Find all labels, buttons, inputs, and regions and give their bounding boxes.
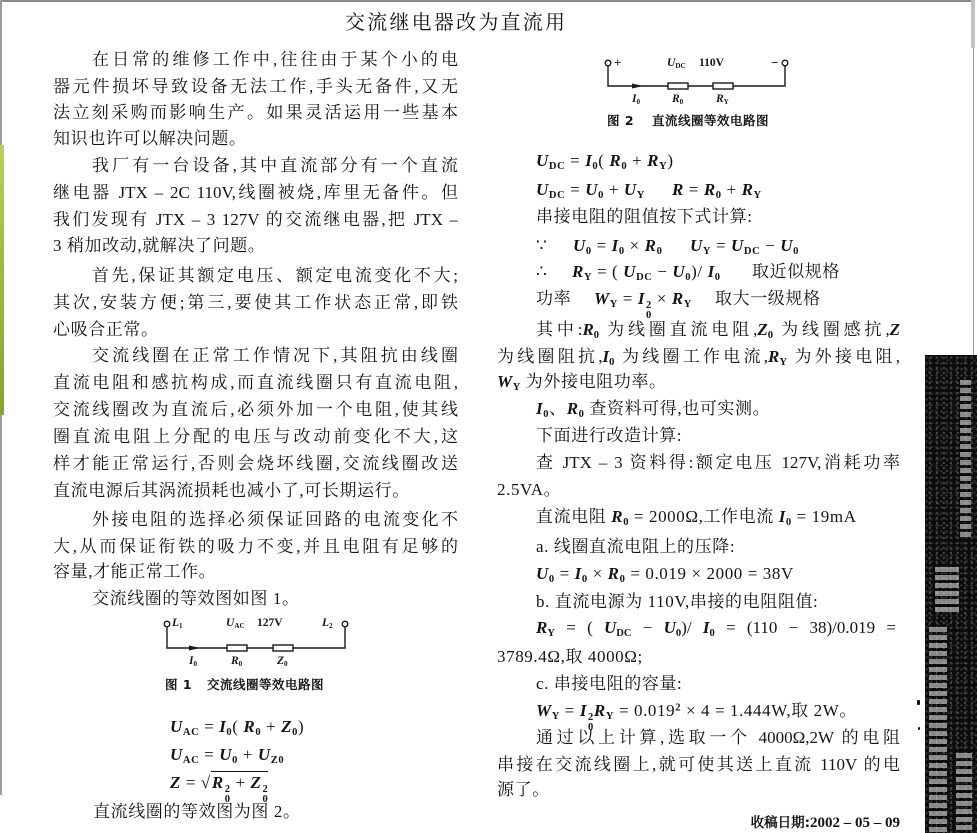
fig2-resistor-label: R0 xyxy=(672,92,683,106)
step-b-heading: b. 直流电源为 110V,串接的电阻阻值: xyxy=(536,592,818,612)
text-line: 心吸合正常。 xyxy=(53,320,159,340)
illegible-margin-text xyxy=(929,627,947,833)
fig1-source-label: UAC xyxy=(226,616,245,630)
fig2-terminal-negative-icon xyxy=(782,60,788,66)
formula-z-radicand: R20 + Z20 xyxy=(211,771,269,792)
formula-uac-sum: UAC = U0 + UZ0 xyxy=(170,745,284,765)
viewer-left-accent-bar xyxy=(0,145,4,415)
step-b-result: 3789.4Ω,取 4000Ω; xyxy=(497,647,643,667)
formula-impedance: Z = √R20 + Z20 xyxy=(170,773,268,793)
text-line: 大,从而保证衔铁的吸力不变,并且电阻有足够的 xyxy=(53,537,458,557)
text-line: 我们发现有 JTX – 3 127V 的交流继电器,把 JTX – xyxy=(53,210,458,230)
text-line: 直流电阻 R0 = 2000Ω,工作电流 I0 = 19mA xyxy=(536,507,857,527)
fig2-voltage-label: 110V xyxy=(699,56,724,70)
step-a-formula: U0 = I0 × R0 = 0.019 × 2000 = 38V xyxy=(536,564,794,584)
text-line: 直流电源后其涡流损耗也减小了,可长期运行。 xyxy=(53,481,410,501)
article-title: 交流继电器改为直流用 xyxy=(345,11,565,35)
formula-uac-current: UAC = I0( R0 + Z0) xyxy=(170,717,304,737)
received-date: 收稿日期:2002 – 05 – 09 xyxy=(751,813,900,833)
fig1-terminal-left-icon xyxy=(164,621,170,627)
text-line: 交流线圈改为直流后,必须外加一个电阻,使其线 xyxy=(53,400,458,420)
text-line: 圈直流电阻上分配的电压与改动前变化不大,这 xyxy=(53,427,458,447)
step-a-heading: a. 线圈直流电阻上的压降: xyxy=(536,537,735,557)
fig1-caption-text: 交流线圈等效电路图 xyxy=(207,677,324,693)
text-line: 首先,保证其额定电压、额定电流变化不大; xyxy=(92,266,458,286)
fig1-resistor-r0-icon xyxy=(227,645,247,651)
power-note: 取大一级规格 xyxy=(715,289,821,309)
text-line: 其次,安装方便;第三,要使其工作状态正常,即铁 xyxy=(53,293,458,313)
fig2-circuit-wiring xyxy=(605,60,788,89)
formula-wy: WY = I20 × RY xyxy=(594,289,692,309)
formula-ry: RY = ( UDC − U0)/ I0 xyxy=(572,262,721,282)
fig1-voltage-label: 127V xyxy=(257,616,283,630)
fig1-terminal-right-icon xyxy=(342,621,348,627)
fig2-caption-number: 图 2 xyxy=(607,113,634,129)
fig1-circuit-wiring xyxy=(164,621,348,651)
fig2-caption-text: 直流线圈等效电路图 xyxy=(652,113,769,129)
step-c-formula: WY = I20RY = 0.0192 × 4 = 1.444W,取 2W。 xyxy=(536,701,857,721)
text-line: 2.5VA。 xyxy=(497,480,561,500)
vertical-scrollbar-thumb[interactable] xyxy=(971,0,975,48)
therefore-symbol: ∴ xyxy=(536,262,547,282)
text-line: 为线圈阻抗,I0 为线圈工作电流,RY 为外接电阻, xyxy=(497,347,900,367)
fig1-impedance-z0-icon xyxy=(273,645,293,651)
formula-r-total: R = R0 + RY xyxy=(672,180,762,200)
received-date-label: 收稿日期: xyxy=(751,815,810,831)
fig2-current-arrow-icon xyxy=(632,84,643,89)
fig2-current-label: I0 xyxy=(632,92,640,106)
formula-udc-sum: UDC = U0 + UY xyxy=(536,180,645,200)
text-line: 交流线圈在正常工作情况下,其阻抗由线圈 xyxy=(92,346,458,366)
text-line: 直流电阻和感抗构成,而直流线圈只有直流电阻, xyxy=(53,373,458,393)
viewer-top-border xyxy=(0,0,975,2)
received-date-value: 2002 – 05 – 09 xyxy=(810,815,900,831)
fig2-resistor-r0-icon xyxy=(668,83,688,89)
text-line: 器元件损坏导致设备无法工作,手头无备件,又无 xyxy=(53,77,458,97)
text-line: 继电器 JTX – 2C 110V,线圈被烧,库里无备件。但 xyxy=(53,183,458,203)
formula-z-lhs: Z = xyxy=(170,773,201,792)
fig2-series-resistor-label: RY xyxy=(716,92,729,106)
fig2-positive-terminal-label: + xyxy=(614,56,621,70)
illegible-margin-text xyxy=(956,753,972,833)
therefore-note: 取近似规格 xyxy=(752,262,840,282)
step-b-formula: RY = ( UDC − U0)/ I0 = (110 − 38)/0.019 … xyxy=(536,618,896,638)
formula-u0: U0 = I0 × R0 xyxy=(573,236,662,256)
sqrt-icon: √ xyxy=(201,773,211,792)
scan-speck xyxy=(918,727,920,730)
text-line: 法立刻采购而影响生产。如果灵活运用一些基本 xyxy=(53,103,458,123)
text-line: 串接电阻的阻值按下式计算: xyxy=(536,207,753,227)
fig2-source-label: UDC xyxy=(667,56,686,70)
fig1-current-arrow-icon xyxy=(189,646,200,651)
fig2-negative-terminal-label: − xyxy=(771,56,778,70)
because-symbol: ∵ xyxy=(536,236,547,256)
power-label: 功率 xyxy=(536,289,571,309)
text-line: 3 稍加改动,就解决了问题。 xyxy=(53,236,265,256)
fig1-impedance-label: Z0 xyxy=(277,654,288,668)
text-line: 源了。 xyxy=(497,780,550,800)
text-line: 在日常的维修工作中,往往由于某个小的电 xyxy=(92,50,458,70)
text-line: 外接电阻的选择必须保证回路的电流变化不 xyxy=(92,510,458,530)
fig2-resistor-ry-icon xyxy=(713,83,733,89)
scan-speck xyxy=(917,700,920,705)
fig1-terminal-l2-label: L2 xyxy=(322,616,333,630)
text-line: 查 JTX – 3 资料得:额定电压 127V,消耗功率 xyxy=(536,453,900,473)
scanned-page-edge-strip xyxy=(925,355,977,833)
text-line: 下面进行改造计算: xyxy=(536,426,682,446)
fig1-current-label: I0 xyxy=(189,654,197,668)
fig1-resistor-label: R0 xyxy=(231,654,242,668)
text-line: 交流线圈的等效图如图 1。 xyxy=(92,589,300,609)
text-line: 直流线圈的等效图为图 2。 xyxy=(93,802,301,822)
fig1-caption-number: 图 1 xyxy=(165,677,192,693)
fig1-terminal-l1-label: L1 xyxy=(172,616,183,630)
text-line: 样才能正常运行,否则会烧坏线圈,交流线圈改送 xyxy=(53,454,458,474)
illegible-margin-text xyxy=(960,380,971,540)
text-line: 容量,才能正常工作。 xyxy=(53,562,216,582)
formula-udc-current: UDC = I0( R0 + RY) xyxy=(536,151,674,171)
text-line: 知识也许可以解决问题。 xyxy=(53,129,247,149)
formula-uy: UY = UDC − U0 xyxy=(690,236,799,256)
text-line: 通过以上计算,选取一个 4000Ω,2W 的电阻 xyxy=(536,728,900,748)
text-line: 其中:R0 为线圈直流电阻,Z0 为线圈感抗,Z xyxy=(536,320,900,340)
text-line: 串接在交流线圈上,就可使其送上直流 110V 的电 xyxy=(497,755,900,775)
text-line: WY 为外接电阻功率。 xyxy=(497,372,667,392)
step-c-heading: c. 串接电阻的容量: xyxy=(536,674,682,694)
illegible-margin-text xyxy=(935,567,959,615)
text-line: 我厂有一台设备,其中直流部分有一个直流 xyxy=(92,156,458,176)
text-line: I0、R0 查资料可得,也可实测。 xyxy=(536,399,770,419)
fig2-terminal-positive-icon xyxy=(605,60,611,66)
